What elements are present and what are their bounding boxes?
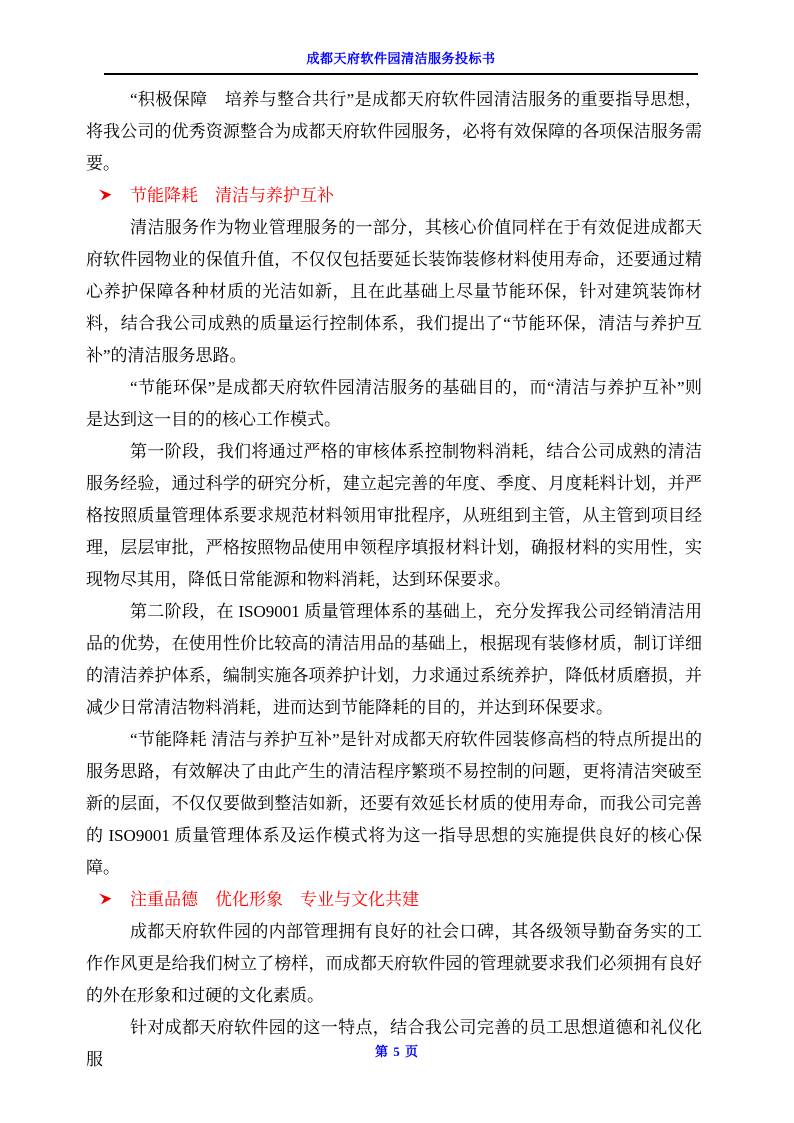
arrow-bullet-icon bbox=[98, 884, 112, 916]
paragraph: “积极保障 培养与整合共行”是成都天府软件园清洁服务的重要指导思想，将我公司的优… bbox=[86, 84, 702, 180]
page-header: 成都天府软件园清洁服务投标书 bbox=[104, 50, 698, 75]
page-footer: 第 5 页 bbox=[0, 1041, 794, 1060]
section-heading-text: 注重品德 优化形象 专业与文化共建 bbox=[130, 890, 419, 909]
page-number-label: 第 5 页 bbox=[375, 1044, 419, 1059]
document-body: “积极保障 培养与整合共行”是成都天府软件园清洁服务的重要指导思想，将我公司的优… bbox=[86, 84, 702, 1076]
section-heading-text: 节能降耗 清洁与养护互补 bbox=[130, 186, 334, 205]
arrow-bullet-icon bbox=[98, 180, 112, 212]
paragraph: 第一阶段，我们将通过严格的审核体系控制物料消耗，结合公司成熟的清洁服务经验，通过… bbox=[86, 436, 702, 596]
section-heading: 节能降耗 清洁与养护互补 bbox=[86, 180, 702, 212]
paragraph: “节能环保”是成都天府软件园清洁服务的基础目的，而“清洁与养护互补”则是达到这一… bbox=[86, 372, 702, 436]
section-heading: 注重品德 优化形象 专业与文化共建 bbox=[86, 884, 702, 916]
document-page: { "page": { "header": { "title": "成都天府软件… bbox=[0, 0, 794, 1123]
paragraph: “节能降耗 清洁与养护互补”是针对成都天府软件园装修高档的特点所提出的服务思路，… bbox=[86, 724, 702, 884]
paragraph: 第二阶段，在 ISO9001 质量管理体系的基础上，充分发挥我公司经销清洁用品的… bbox=[86, 596, 702, 724]
paragraph: 清洁服务作为物业管理服务的一部分，其核心价值同样在于有效促进成都天府软件园物业的… bbox=[86, 212, 702, 372]
paragraph: 成都天府软件园的内部管理拥有良好的社会口碑，其各级领导勤奋务实的工作作风更是给我… bbox=[86, 916, 702, 1012]
page-header-title: 成都天府软件园清洁服务投标书 bbox=[306, 51, 495, 66]
